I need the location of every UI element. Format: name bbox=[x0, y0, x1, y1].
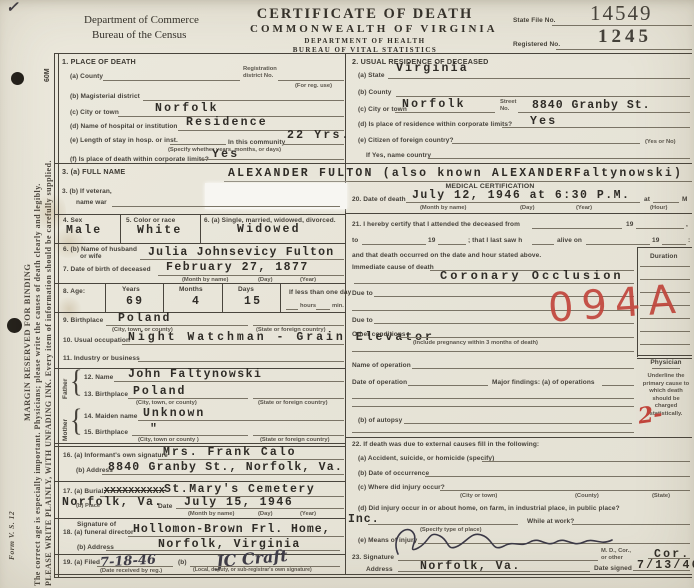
mother-birthplace-label: 15. Birthplace bbox=[84, 429, 128, 437]
certify-19b: 19 bbox=[428, 237, 435, 245]
rule bbox=[637, 355, 692, 356]
res-corporate-label: (d) Is place of residence within corpora… bbox=[358, 121, 512, 129]
stock-stamp-60m: 60M bbox=[44, 68, 51, 82]
father-name-value: John Faltynowski bbox=[128, 369, 262, 381]
father-side-label: Father bbox=[62, 379, 70, 399]
writing-line bbox=[158, 459, 344, 460]
if-yes-country-label: If Yes, name country bbox=[366, 152, 431, 160]
industry-label: 11. Industry or business bbox=[63, 355, 140, 363]
dod-day-sublabel: (Day) bbox=[520, 205, 535, 211]
writing-line bbox=[278, 80, 344, 81]
writing-line bbox=[404, 423, 632, 424]
res-city-value: Norfolk bbox=[402, 99, 466, 111]
external-causes-title: 22. If death was due to external causes … bbox=[352, 441, 539, 449]
writing-line bbox=[362, 244, 426, 245]
father-city-county-sublabel: (City, town, or county) bbox=[136, 400, 197, 406]
coroner-signature-scrawl bbox=[388, 520, 623, 560]
ext-state-sublabel: (State) bbox=[652, 493, 670, 499]
writing-line bbox=[128, 398, 248, 399]
veteran-label: 3. (b) If veteran, bbox=[62, 188, 112, 196]
burial-date-value: July 15, 1946 bbox=[184, 497, 293, 509]
major-findings-label: Major findings: (a) of operations bbox=[492, 379, 595, 387]
rule bbox=[120, 214, 121, 243]
registered-no-label: Registered No. bbox=[513, 41, 560, 49]
margin-instruction-line1: PLEASE WRITE PLAINLY, WITH UNFADING INK.… bbox=[45, 160, 54, 586]
writing-line bbox=[158, 275, 344, 276]
date-of-death-label: 20. Date of death bbox=[352, 196, 406, 204]
burial-day-sublabel: (Day) bbox=[258, 511, 273, 517]
writing-line bbox=[200, 159, 344, 160]
writing-line bbox=[132, 435, 248, 436]
writing-line bbox=[602, 385, 634, 386]
date-signed-label: Date signed bbox=[594, 565, 632, 573]
writing-line bbox=[106, 325, 248, 326]
agency-line2: Bureau of the Census bbox=[92, 29, 186, 41]
red-code-2: 2- bbox=[637, 402, 664, 427]
pod-county-label: (a) County bbox=[70, 73, 103, 81]
state-file-label: State File No. bbox=[513, 17, 556, 25]
due-to-label2: Due to bbox=[352, 317, 373, 325]
street-value: 8840 Granby St. bbox=[532, 100, 651, 112]
maiden-name-value: Unknown bbox=[143, 408, 205, 420]
writing-line bbox=[532, 244, 554, 245]
registrar-sublabel: (Local, deputy, or sub-registrar's own s… bbox=[193, 568, 312, 574]
writing-line bbox=[114, 381, 344, 382]
autopsy-label: (b) of autopsy bbox=[358, 417, 402, 425]
rule bbox=[54, 443, 345, 444]
pregnancy-note: (Include pregnancy within 3 months of de… bbox=[413, 340, 538, 346]
certify-line1: 21. I hereby certify that I attended the… bbox=[352, 221, 520, 229]
operation-name-label: Name of operation bbox=[352, 362, 411, 370]
registered-number-stamp: 1245 bbox=[598, 26, 652, 48]
full-name-value: ALEXANDER FULTON (also known ALEXANDERFa… bbox=[228, 168, 683, 180]
rule bbox=[54, 518, 345, 519]
writing-line bbox=[138, 361, 344, 362]
writing-line bbox=[400, 337, 634, 338]
informant-address-value: 8840 Granby St., Norfolk, Va. bbox=[108, 462, 343, 474]
rule bbox=[54, 53, 55, 577]
certify-alive-on: alive on bbox=[557, 237, 582, 245]
rule bbox=[54, 554, 345, 555]
rule bbox=[652, 368, 680, 369]
death-certificate-scan: ✓ 60M MARGIN RESERVED FOR BINDING PLEASE… bbox=[0, 0, 694, 588]
certify-comma: , bbox=[686, 221, 688, 229]
writing-line bbox=[518, 112, 690, 113]
certificate-title: CERTIFICATE OF DEATH bbox=[250, 6, 480, 23]
due-to-label1: Due to bbox=[352, 290, 373, 298]
writing-line bbox=[352, 406, 634, 407]
writing-line bbox=[253, 325, 344, 326]
physician-note-header: Physician bbox=[641, 359, 691, 367]
ext-county-sublabel: (County) bbox=[575, 493, 599, 499]
spouse-value: Julia Johnsevicy Fulton bbox=[148, 247, 334, 259]
writing-line bbox=[352, 351, 634, 352]
writing-line bbox=[253, 435, 344, 436]
writing-line bbox=[412, 368, 634, 369]
race-value: White bbox=[137, 225, 183, 237]
reg-district-label2: district No. bbox=[243, 73, 273, 79]
informant-signature-value: Mrs. Frank Calo bbox=[163, 447, 297, 459]
dept-of-health: DEPARTMENT OF HEALTH bbox=[250, 37, 480, 45]
informant-signature-label: 16. (a) Informant's own signature bbox=[63, 452, 168, 460]
occupation-label: 10. Usual occupation bbox=[63, 337, 130, 345]
burial-month-sublabel: (Month by name) bbox=[188, 511, 234, 517]
spouse-label2: or wife bbox=[80, 253, 102, 261]
margin-binding-note: MARGIN RESERVED FOR BINDING bbox=[23, 264, 32, 421]
writing-line bbox=[633, 570, 690, 571]
dod-m-label: M bbox=[682, 196, 688, 204]
father-brace: { bbox=[70, 364, 82, 400]
writing-line bbox=[143, 100, 344, 101]
yes-no-label: (Yes or No) bbox=[645, 139, 676, 145]
dod-year-sublabel: (Year) bbox=[576, 205, 592, 211]
writing-line bbox=[662, 244, 686, 245]
dod-at-label: at bbox=[644, 196, 650, 204]
street-label2: No. bbox=[500, 106, 509, 112]
writing-line bbox=[170, 144, 226, 145]
rule bbox=[54, 481, 345, 482]
date-of-death-value: July 12, 1946 at 6:30 P.M. bbox=[412, 190, 630, 202]
certify-to: to bbox=[352, 237, 358, 245]
binding-hole bbox=[7, 318, 22, 333]
age-label: 8. Age: bbox=[63, 288, 85, 296]
certify-19a: 19 bbox=[626, 221, 633, 229]
writing-line bbox=[112, 206, 340, 207]
dod-month-sublabel: (Month by name) bbox=[420, 205, 466, 211]
fd-signature-label1: Signature of bbox=[77, 521, 116, 529]
handwritten-checkmark: ✓ bbox=[6, 0, 19, 15]
dob-value: February 27, 1877 bbox=[166, 262, 309, 274]
burial-place-label: (b) Place bbox=[76, 503, 100, 509]
ext-a-label: (a) Accident, suicide, or homicide (spec… bbox=[358, 455, 494, 463]
fd-signature-label2: 18. (a) funeral director bbox=[63, 529, 134, 537]
signature-23-label: 23. Signature bbox=[352, 554, 394, 562]
writing-line bbox=[653, 202, 679, 203]
rule bbox=[105, 283, 106, 312]
certificate-subtitle: COMMONWEALTH OF VIRGINIA bbox=[250, 23, 480, 35]
immediate-cause-value: Coronary Occlusion bbox=[440, 270, 624, 282]
hospital-value: Residence bbox=[186, 117, 268, 129]
rule bbox=[200, 214, 201, 243]
writing-line bbox=[176, 508, 344, 509]
writing-line bbox=[97, 566, 173, 567]
rule bbox=[54, 577, 692, 578]
age-days-value: 15 bbox=[244, 296, 262, 308]
marital-value: Widowed bbox=[237, 224, 301, 236]
rule bbox=[163, 283, 164, 312]
ext-c-label: (c) Where did injury occur? bbox=[358, 484, 445, 492]
street-label1: Street bbox=[500, 99, 516, 105]
father-birthplace-label: 13. Birthplace bbox=[84, 391, 128, 399]
writing-line bbox=[286, 309, 298, 310]
writing-line bbox=[283, 144, 344, 145]
days-header: Days bbox=[238, 286, 254, 294]
writing-line bbox=[398, 571, 590, 572]
writing-line bbox=[586, 244, 650, 245]
writing-line bbox=[395, 112, 495, 113]
burial-date-label: Date bbox=[158, 503, 173, 511]
writing-line bbox=[253, 398, 344, 399]
rule bbox=[54, 53, 692, 54]
mother-brace: { bbox=[70, 403, 82, 439]
rule bbox=[54, 243, 345, 244]
filed-label: 19. (a) Filed bbox=[63, 559, 100, 567]
writing-line bbox=[224, 181, 692, 182]
writing-line bbox=[636, 228, 684, 229]
md-cor-label1: M. D., Cor., bbox=[601, 548, 631, 554]
months-header: Months bbox=[179, 286, 203, 294]
md-cor-label2: or other bbox=[601, 555, 623, 561]
filed-sublabel: (Date received by reg.) bbox=[100, 568, 162, 574]
father-birthplace-value: Poland bbox=[133, 386, 186, 398]
rule bbox=[345, 437, 692, 438]
writing-line bbox=[425, 476, 690, 477]
writing-line bbox=[556, 49, 692, 50]
father-state-foreign-sublabel: (State or foreign country) bbox=[258, 400, 328, 406]
agency-line1: Department of Commerce bbox=[84, 14, 199, 26]
writing-line bbox=[102, 474, 344, 475]
margin-instruction-line2: The correct age is especially important.… bbox=[34, 183, 43, 586]
certify-line3: and that death occurred on the date and … bbox=[352, 252, 541, 260]
res-state-label: (a) State bbox=[358, 72, 385, 80]
burial-label: 17. (a) Burial, bbox=[63, 488, 105, 496]
dod-hour-sublabel: (Hour) bbox=[650, 205, 667, 211]
birthplace-label: 9. Birthplace bbox=[63, 317, 103, 325]
binding-hole bbox=[11, 72, 24, 85]
writing-line bbox=[482, 461, 690, 462]
other-conditions-label: Other conditions bbox=[352, 331, 406, 339]
writing-line bbox=[352, 432, 634, 433]
hospital-label: (d) Name of hospital or institution bbox=[70, 123, 178, 131]
father-name-label: 12. Name bbox=[84, 374, 113, 382]
certify-colon: : bbox=[688, 237, 690, 245]
dob-label: 7. Date of birth of deceased bbox=[63, 266, 151, 274]
ext-city-sublabel: (City or town) bbox=[460, 493, 497, 499]
community-value: 22 Yrs. bbox=[287, 130, 351, 142]
writing-line bbox=[396, 96, 690, 97]
sig-address-label: Address bbox=[366, 566, 393, 574]
ext-d-label: (d) Did injury occur in or about home, o… bbox=[358, 505, 620, 513]
sex-value: Male bbox=[66, 225, 102, 237]
age-years-value: 69 bbox=[126, 296, 144, 308]
res-corporate-value: Yes bbox=[530, 116, 557, 128]
writing-line bbox=[640, 266, 690, 267]
rule bbox=[280, 283, 281, 312]
operation-date-label: Date of operation bbox=[352, 379, 407, 387]
certify-19c: 19 bbox=[652, 237, 659, 245]
burial-year-sublabel: (Year) bbox=[300, 511, 316, 517]
immediate-cause-label: Immediate cause of death bbox=[352, 264, 434, 272]
citizen-label: (e) Citizen of foreign country? bbox=[358, 137, 454, 145]
name-war-label: name war bbox=[76, 199, 107, 207]
rule bbox=[637, 247, 692, 248]
age-months-value: 4 bbox=[192, 296, 201, 308]
stay-label: (e) Length of stay in hosp. or inst. bbox=[70, 137, 178, 145]
writing-line bbox=[452, 143, 640, 144]
writing-line bbox=[352, 398, 634, 399]
red-code-stamp: 094A bbox=[547, 279, 685, 328]
certify-last-saw: ; that I last saw h bbox=[468, 237, 522, 245]
rule bbox=[345, 213, 692, 214]
burial-place-value: St.Mary's Cemetery bbox=[164, 484, 315, 496]
writing-line bbox=[440, 490, 690, 491]
writing-line bbox=[122, 344, 344, 345]
pod-city-label: (c) City or town bbox=[70, 109, 119, 117]
writing-line bbox=[316, 309, 330, 310]
writing-line bbox=[408, 385, 488, 386]
full-name-label: 3. (a) FULL NAME bbox=[62, 168, 125, 175]
burial-struck-text: XXXXXXXXXX bbox=[104, 486, 165, 496]
hours-label: hours bbox=[300, 303, 316, 309]
rule bbox=[54, 163, 692, 164]
rule bbox=[54, 283, 345, 284]
rule bbox=[222, 283, 223, 312]
filed-b-label: (b) bbox=[178, 559, 187, 567]
mother-side-label: Mother bbox=[62, 419, 70, 441]
community-label: In this community bbox=[228, 139, 285, 147]
maiden-name-label: 14. Maiden name bbox=[84, 413, 138, 421]
rule bbox=[54, 312, 345, 313]
writing-line bbox=[502, 127, 690, 128]
for-reg-use-label: (For reg. use) bbox=[295, 83, 332, 89]
state-file-number: 14549 bbox=[590, 1, 653, 26]
writing-line bbox=[128, 536, 344, 537]
min-label: min. bbox=[332, 303, 344, 309]
reg-district-label1: Registration bbox=[243, 66, 277, 72]
writing-line bbox=[640, 344, 690, 345]
ext-b-label: (b) Date of occurrence bbox=[358, 470, 429, 478]
years-header: Years bbox=[122, 286, 140, 294]
writing-line bbox=[388, 78, 690, 79]
birthplace-value: Poland bbox=[118, 313, 171, 325]
res-state-value: Virginia bbox=[396, 63, 469, 75]
duration-header: Duration bbox=[650, 253, 678, 261]
res-county-label: (b) County bbox=[358, 89, 392, 97]
form-number: Form V. S. 12 bbox=[8, 511, 16, 560]
writing-line bbox=[438, 244, 466, 245]
writing-line bbox=[406, 202, 640, 203]
pod-city-value: Norfolk bbox=[155, 103, 219, 115]
writing-line bbox=[140, 259, 344, 260]
writing-line bbox=[103, 80, 240, 81]
magisterial-label: (b) Magisterial district bbox=[70, 93, 140, 101]
writing-line bbox=[640, 331, 690, 332]
rule bbox=[58, 53, 59, 577]
writing-line bbox=[428, 158, 690, 159]
writing-line bbox=[532, 228, 622, 229]
mother-birthplace-ditto: " bbox=[150, 424, 159, 436]
funeral-home-value: Hollomon-Brown Frl. Home, bbox=[133, 524, 331, 536]
place-of-death-title: 1. PLACE OF DEATH bbox=[62, 58, 136, 65]
writing-line bbox=[138, 420, 344, 421]
less-than-one-day-label: If less than one day bbox=[289, 289, 351, 297]
